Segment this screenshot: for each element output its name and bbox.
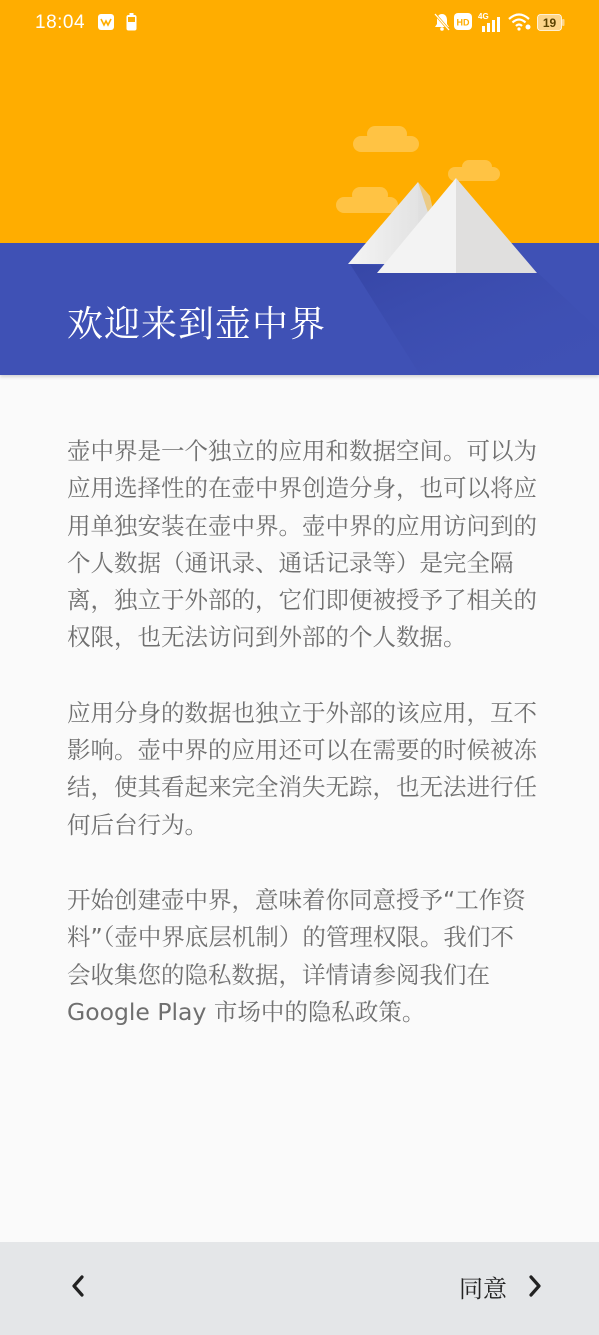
intro-paragraph-consent: 开始创建壶中界，意味着你同意授予“工作资料”（壶中界底层机制）的管理权限。我们不… [67, 882, 537, 1031]
welcome-title: 欢迎来到壶中界 [67, 296, 326, 347]
wifi-icon [508, 13, 532, 35]
intro-content: 壶中界是一个独立的应用和数据空间。可以为应用选择性的在壶中界创造分身，也可以将应… [67, 433, 537, 1069]
intro-paragraph-isolation: 壶中界是一个独立的应用和数据空间。可以为应用选择性的在壶中界创造分身，也可以将应… [67, 433, 537, 657]
svg-text:19: 19 [543, 16, 557, 30]
chevron-right-icon [527, 1274, 543, 1298]
intro-paragraph-clone: 应用分身的数据也独立于外部的该应用，互不影响。壶中界的应用还可以在需要的时候被冻… [67, 695, 537, 844]
back-button[interactable] [56, 1264, 100, 1308]
chevron-left-icon [70, 1274, 86, 1298]
bottom-navigation-bar: 同意 [0, 1242, 599, 1335]
battery-icon: 19 [537, 14, 565, 35]
svg-text:HD: HD [457, 18, 470, 28]
agree-label: 同意 [459, 1269, 507, 1304]
svg-text:4G: 4G [478, 12, 489, 21]
status-time: 18:04 [35, 12, 85, 34]
mute-icon [434, 13, 450, 35]
status-bar: 18:04 HD 4G 19 [0, 0, 599, 48]
app-notification-icon [97, 13, 115, 35]
agree-next-button[interactable]: 同意 [459, 1264, 543, 1308]
hd-icon: HD [454, 13, 472, 34]
signal-4g-icon: 4G [478, 11, 503, 37]
battery-saver-icon [126, 13, 137, 35]
